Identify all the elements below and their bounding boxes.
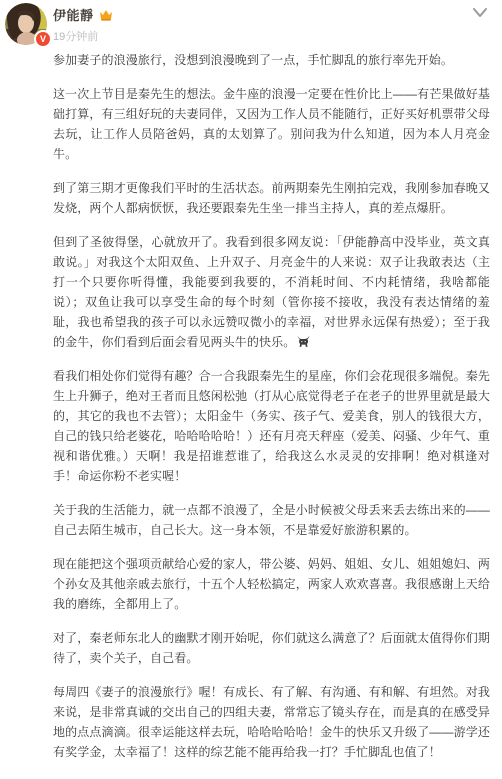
post-paragraph: 对了，秦老师东北人的幽默才刚开始呢，你们就这么满意了？后面就太值得你们期待了，卖… — [53, 628, 490, 668]
weibo-post: V 伊能靜 19分钟前 参加妻子的浪漫旅行，没想到浪漫晚到了一点，手忙脚乱的旅行… — [0, 0, 502, 779]
post-paragraph: 每周四《妻子的浪漫旅行》喔！有成长、有了解、有沟通、有和解、有坦然。对我来说，是… — [53, 682, 490, 762]
bull-icon — [297, 334, 310, 347]
post-paragraph: 看我们相处你们觉得有趣？合一合我跟秦先生的星座，你们会花现很多端倪。秦先生上升狮… — [53, 366, 490, 486]
post-paragraph: 关于我的生活能力，就一点都不浪漫了，全是小时候被父母丢来丢去练出来的——自己去陌… — [53, 500, 490, 540]
avatar[interactable]: V — [5, 3, 47, 45]
post-body: 参加妻子的浪漫旅行，没想到浪漫晚到了一点，手忙脚乱的旅行率先开始。这一次上节目是… — [53, 50, 490, 776]
post-paragraph: 参加妻子的浪漫旅行，没想到浪漫晚到了一点，手忙脚乱的旅行率先开始。 — [53, 50, 490, 70]
post-paragraph: 但到了圣彼得堡，心就放开了。我看到很多网友说：「伊能静高中没毕业，英文真敢说。」… — [53, 232, 490, 352]
verified-badge: V — [34, 30, 52, 48]
vip-crown-icon — [99, 8, 113, 21]
post-timestamp: 19分钟前 — [53, 28, 98, 44]
post-paragraph: 现在能把这个强项贡献给心爱的家人，带公婆、妈妈、姐姐、女儿、姐姐媳妇、两个孙女及… — [53, 554, 490, 614]
post-paragraph: 这一次上节目是秦先生的想法。金牛座的浪漫一定要在性价比上——有芒果做好基础打算，… — [53, 84, 490, 164]
chevron-down-icon[interactable] — [472, 6, 488, 18]
author-name[interactable]: 伊能靜 — [53, 5, 94, 24]
post-paragraph: 到了第三期才更像我们平时的生活状态。前两期秦先生刚拍完戏，我刚参加春晚又发烧，两… — [53, 178, 490, 218]
